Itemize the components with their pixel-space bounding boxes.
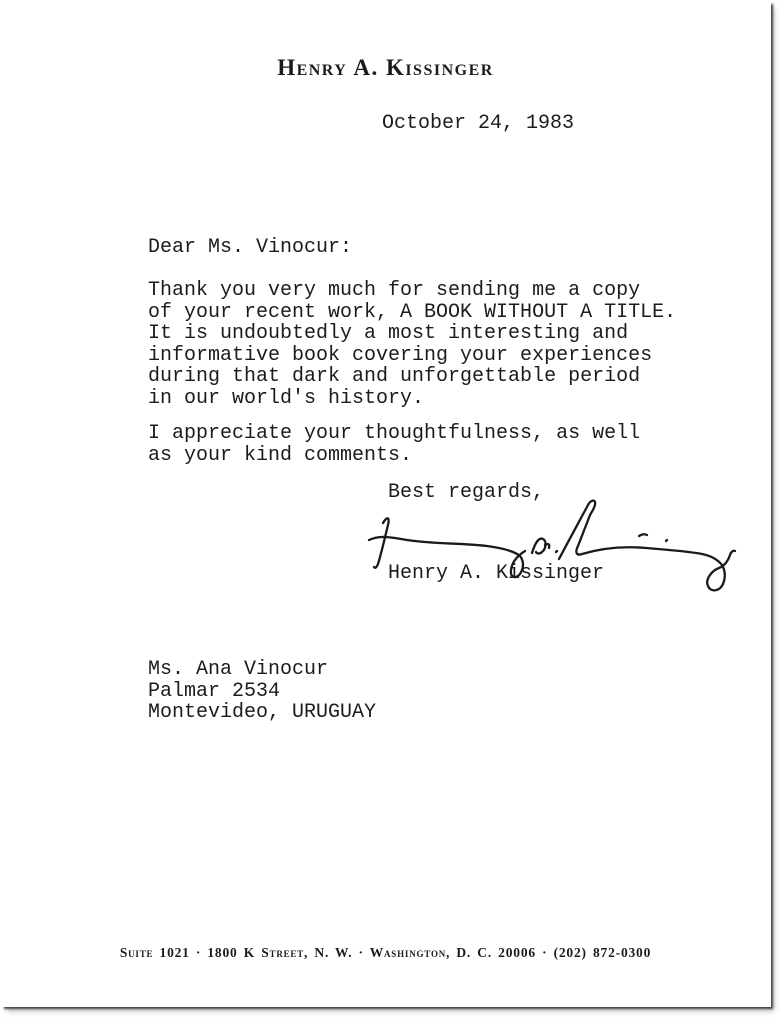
letterhead-footer-address: Suite 1021 · 1800 K Street, N. W. · Wash… [0,945,771,961]
signer-typed-name: Henry A. Kissinger [388,563,604,585]
signature-handwriting [362,496,762,601]
letterhead-name: Henry A. Kissinger [0,55,771,81]
letter-date: October 24, 1983 [382,113,574,135]
salutation: Dear Ms. Vinocur: [148,237,352,259]
letter-page: Henry A. Kissinger October 24, 1983 Dear… [0,0,771,1007]
body-paragraph-2: I appreciate your thoughtfulness, as wel… [148,423,640,466]
recipient-address-block: Ms. Ana Vinocur Palmar 2534 Montevideo, … [148,659,376,724]
scanned-letter-canvas: Henry A. Kissinger October 24, 1983 Dear… [0,0,781,1024]
body-paragraph-1: Thank you very much for sending me a cop… [148,280,676,410]
